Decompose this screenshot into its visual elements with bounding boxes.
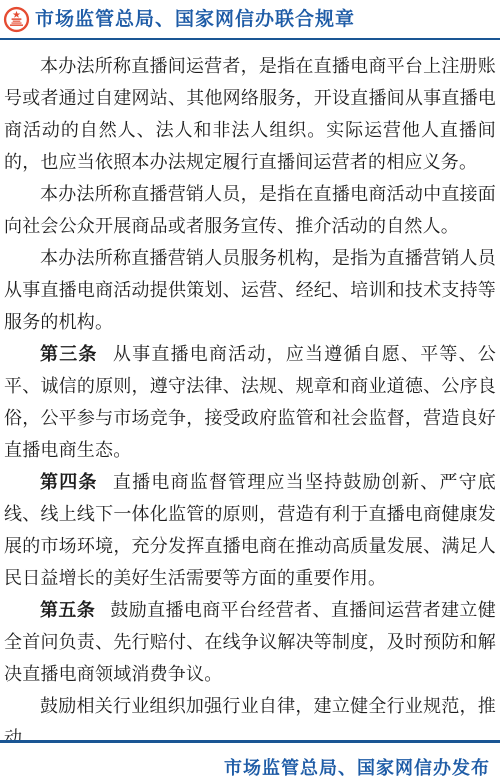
paragraph-service-agency: 本办法所称直播营销人员服务机构，是指为直播营销人员从事直播电商活动提供策划、运营… bbox=[4, 242, 496, 338]
article-number-label: 第五条 bbox=[40, 600, 95, 620]
document-footer-publisher: 市场监管总局、国家网信办发布 bbox=[224, 754, 490, 776]
paragraph-article-3: 第三条从事直播电商活动，应当遵循自愿、平等、公平、诚信的原则，遵守法律、法规、规… bbox=[4, 338, 496, 466]
china-national-emblem-icon bbox=[3, 6, 30, 33]
paragraph-text: 本办法所称直播间运营者，是指在直播电商平台上注册账号或者通过自建网站、其他网络服… bbox=[4, 56, 496, 172]
document-page: 市场监管总局、国家网信办联合规章 本办法所称直播间运营者，是指在直播电商平台上注… bbox=[0, 0, 500, 776]
china-national-emblem-icon bbox=[3, 6, 30, 33]
document-header: 市场监管总局、国家网信办联合规章 bbox=[0, 0, 500, 40]
paragraph-text: 本办法所称直播营销人员，是指在直播电商活动中直接面向社会公众开展商品或者服务宣传… bbox=[4, 184, 496, 236]
document-header-title: 市场监管总局、国家网信办联合规章 bbox=[35, 6, 355, 33]
paragraph-liveroom-operator: 本办法所称直播间运营者，是指在直播电商平台上注册账号或者通过自建网站、其他网络服… bbox=[4, 50, 496, 178]
paragraph-article-4: 第四条直播电商监督管理应当坚持鼓励创新、严守底线、线上线下一体化监管的原则，营造… bbox=[4, 466, 496, 594]
paragraph-text: 本办法所称直播营销人员服务机构，是指为直播营销人员从事直播电商活动提供策划、运营… bbox=[4, 248, 496, 332]
article-number-label: 第三条 bbox=[40, 344, 98, 364]
paragraph-marketing-personnel: 本办法所称直播营销人员，是指在直播电商活动中直接面向社会公众开展商品或者服务宣传… bbox=[4, 178, 496, 242]
document-footer: 市场监管总局、国家网信办发布 bbox=[0, 740, 500, 776]
document-body: 本办法所称直播间运营者，是指在直播电商平台上注册账号或者通过自建网站、其他网络服… bbox=[0, 40, 500, 775]
paragraph-article-5: 第五条鼓励直播电商平台经营者、直播间运营者建立健全首问负责、先行赔付、在线争议解… bbox=[4, 594, 496, 690]
article-number-label: 第四条 bbox=[40, 472, 98, 492]
